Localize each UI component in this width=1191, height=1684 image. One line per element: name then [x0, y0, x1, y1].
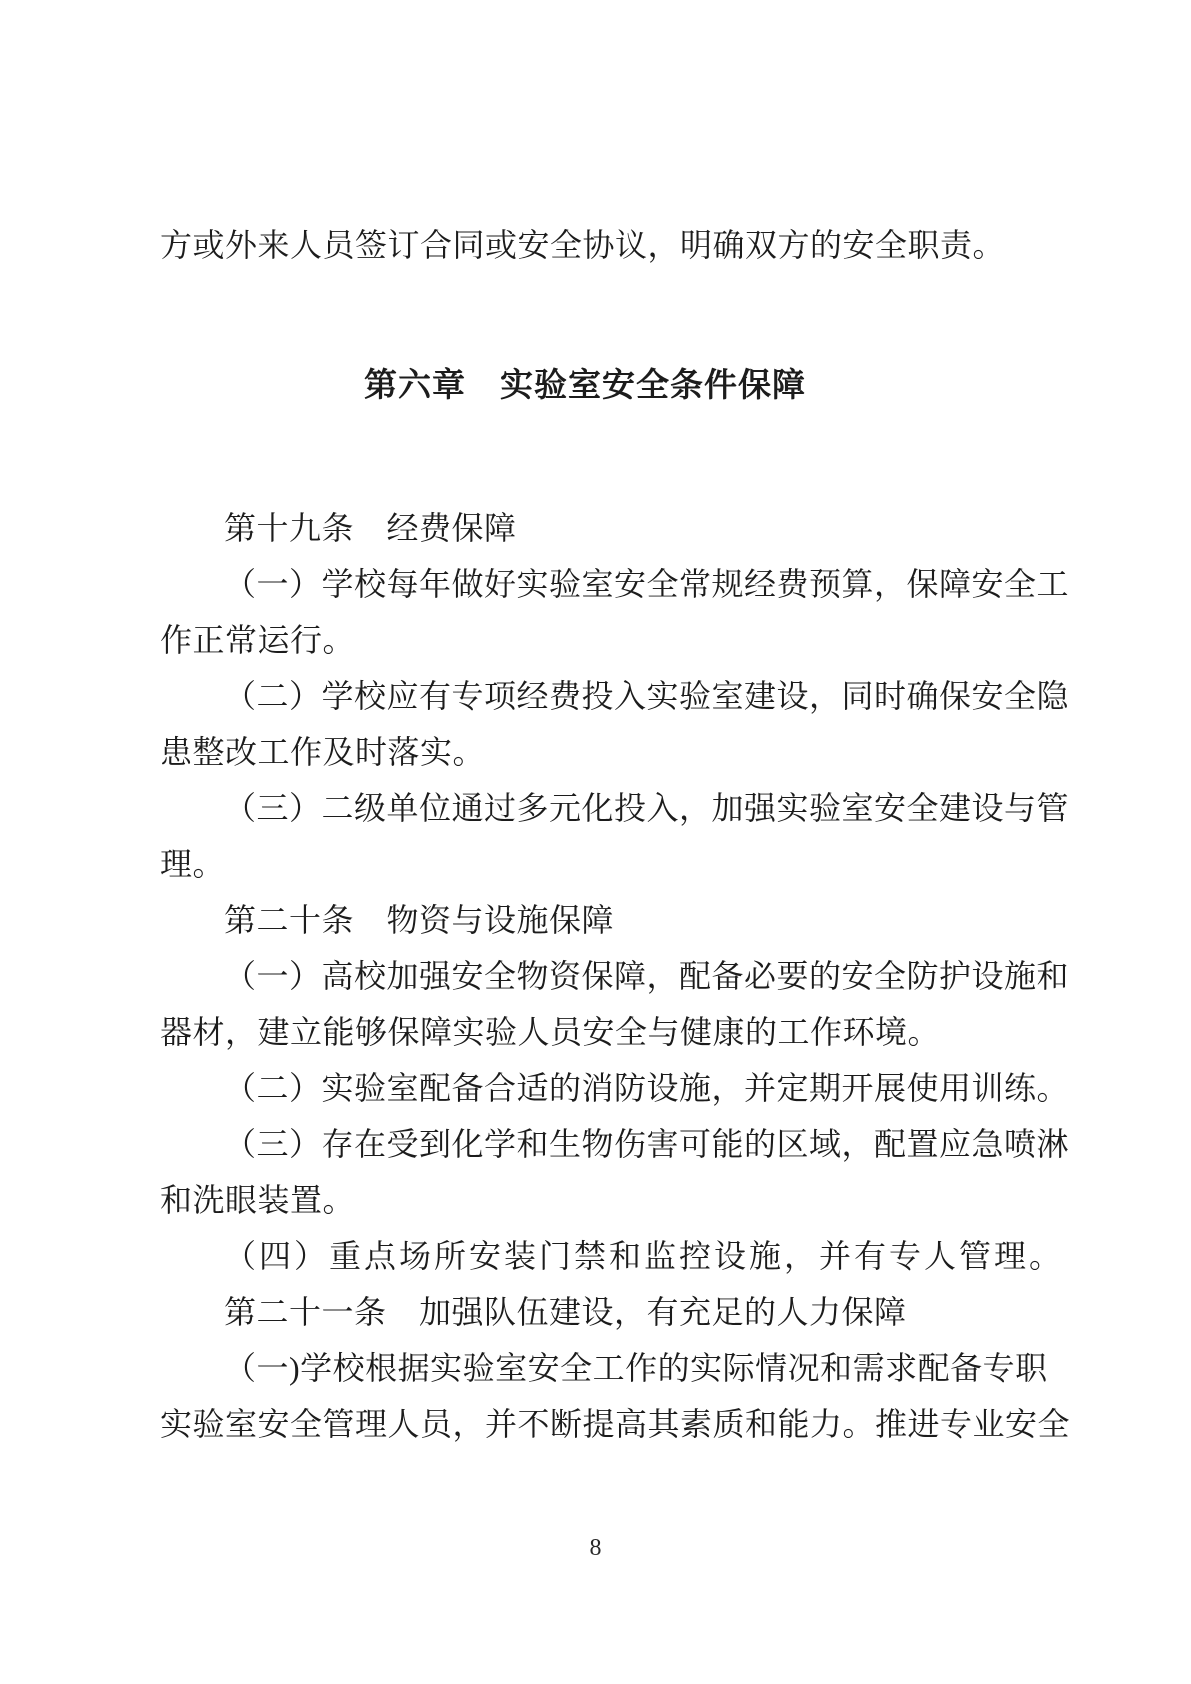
article-heading-line: 第二十一条 加强队伍建设，有充足的人力保障	[160, 1284, 1050, 1340]
intro-line: 方或外来人员签订合同或安全协议，明确双方的安全职责。	[160, 217, 1050, 273]
text-column: 方或外来人员签订合同或安全协议，明确双方的安全职责。 第六章 实验室安全条件保障…	[160, 217, 1050, 1452]
body-lines: 第十九条 经费保障 （一）学校每年做好实验室安全常规经费预算，保障安全工 作正常…	[160, 500, 1050, 1452]
document-line: （二）实验室配备合适的消防设施，并定期开展使用训练。	[160, 1060, 1050, 1116]
chapter-heading: 第六章 实验室安全条件保障	[160, 357, 1010, 413]
document-line: （三）二级单位通过多元化投入，加强实验室安全建设与管	[160, 780, 1050, 836]
document-line: 作正常运行。	[160, 612, 1050, 668]
document-line: 理。	[160, 836, 1050, 892]
document-line: （四）重点场所安装门禁和监控设施，并有专人管理。	[160, 1228, 1050, 1284]
document-line: （一）高校加强安全物资保障，配备必要的安全防护设施和	[160, 948, 1050, 1004]
document-line: 实验室安全管理人员，并不断提高其素质和能力。推进专业安全	[160, 1396, 1050, 1452]
document-line: （三）存在受到化学和生物伤害可能的区域，配置应急喷淋	[160, 1116, 1050, 1172]
document-page: 方或外来人员签订合同或安全协议，明确双方的安全职责。 第六章 实验室安全条件保障…	[0, 0, 1191, 1684]
document-line: 器材，建立能够保障实验人员安全与健康的工作环境。	[160, 1004, 1050, 1060]
page-number: 8	[0, 1533, 1191, 1563]
article-heading-line: 第十九条 经费保障	[160, 500, 1050, 556]
document-line: 和洗眼装置。	[160, 1172, 1050, 1228]
document-line: （二）学校应有专项经费投入实验室建设，同时确保安全隐	[160, 668, 1050, 724]
document-line: （一）学校每年做好实验室安全常规经费预算，保障安全工	[160, 556, 1050, 612]
document-line: （一)学校根据实验室安全工作的实际情况和需求配备专职	[160, 1340, 1050, 1396]
document-line: 患整改工作及时落实。	[160, 724, 1050, 780]
article-heading-line: 第二十条 物资与设施保障	[160, 892, 1050, 948]
